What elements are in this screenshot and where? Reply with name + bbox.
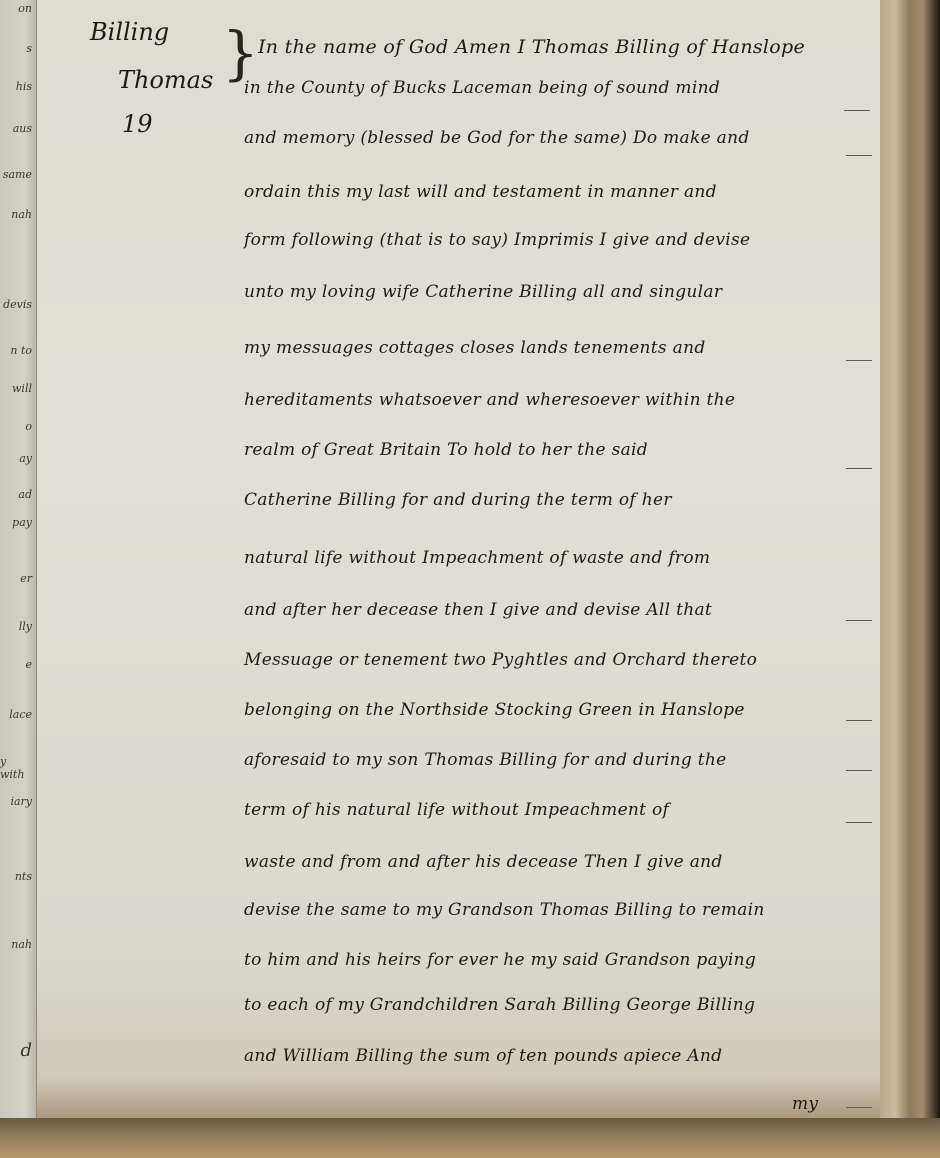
left-fragment: pay	[12, 516, 32, 529]
left-fragment: s	[26, 42, 32, 55]
left-fragment: lace	[9, 708, 32, 721]
left-fragment: same	[3, 168, 32, 181]
will-line: and William Billing the sum of ten pound…	[244, 1046, 722, 1066]
left-fragment: iary	[10, 795, 32, 808]
left-fragment: o	[25, 420, 32, 433]
will-line: and memory (blessed be God for the same)…	[244, 128, 750, 148]
will-line: Messuage or tenement two Pyghtles and Or…	[244, 650, 757, 670]
line-filler-rule	[846, 620, 872, 621]
margin-brace: }	[222, 24, 259, 82]
will-line: term of his natural life without Impeach…	[244, 800, 669, 820]
left-fragment: nts	[15, 870, 32, 883]
left-fragment: e	[25, 658, 32, 671]
left-fragment: will	[12, 382, 32, 395]
left-fragment: aus	[13, 122, 32, 135]
will-line: waste and from and after his decease The…	[244, 852, 723, 872]
margin-surname: Billing	[90, 18, 169, 46]
page-bottom-edge	[0, 1118, 940, 1158]
will-line: to each of my Grandchildren Sarah Billin…	[244, 995, 755, 1015]
left-fragment: lly	[19, 620, 32, 633]
will-line: and after her decease then I give and de…	[244, 600, 712, 620]
facing-page-edge: on s his aus same nah devis n to will o …	[0, 0, 37, 1120]
will-line: in the County of Bucks Laceman being of …	[244, 78, 720, 98]
will-line: devise the same to my Grandson Thomas Bi…	[244, 900, 765, 920]
will-line: to him and his heirs for ever he my said…	[244, 950, 756, 970]
line-filler-rule	[846, 770, 872, 771]
left-fragment: on	[18, 2, 32, 15]
will-line: realm of Great Britain To hold to her th…	[244, 440, 648, 460]
left-fragment: devis	[3, 298, 32, 311]
book-spine-gutter	[880, 0, 940, 1158]
left-fragment: y with	[0, 755, 32, 781]
line-filler-rule	[846, 468, 872, 469]
will-line: unto my loving wife Catherine Billing al…	[244, 282, 722, 302]
line-filler-rule	[846, 720, 872, 721]
will-line: natural life without Impeachment of wast…	[244, 548, 710, 568]
will-line: belonging on the Northside Stocking Gree…	[244, 700, 745, 720]
left-fragment: ay	[19, 452, 32, 465]
line-filler-rule	[844, 110, 870, 111]
left-fragment: n to	[10, 344, 32, 357]
will-line: my messuages cottages closes lands tenem…	[244, 338, 706, 358]
left-fragment: ad	[18, 488, 32, 501]
line-filler-rule	[846, 822, 872, 823]
margin-entry-number: 19	[122, 110, 153, 138]
catchword: my	[792, 1094, 818, 1114]
will-line: hereditaments whatsoever and wheresoever…	[244, 390, 735, 410]
margin-forename: Thomas	[118, 66, 213, 94]
line-filler-rule	[846, 1107, 872, 1108]
line-filler-rule	[846, 155, 872, 156]
left-fragment: d	[20, 1040, 32, 1061]
left-fragment: nah	[11, 938, 32, 951]
will-line: In the name of God Amen I Thomas Billing…	[258, 36, 805, 58]
line-filler-rule	[846, 360, 872, 361]
left-fragment: er	[20, 572, 32, 585]
left-fragment: nah	[11, 208, 32, 221]
will-line: Catherine Billing for and during the ter…	[244, 490, 672, 510]
will-line: form following (that is to say) Imprimis…	[244, 230, 750, 250]
will-line: ordain this my last will and testament i…	[244, 182, 717, 202]
will-line: aforesaid to my son Thomas Billing for a…	[244, 750, 727, 770]
left-fragment: his	[16, 80, 32, 93]
